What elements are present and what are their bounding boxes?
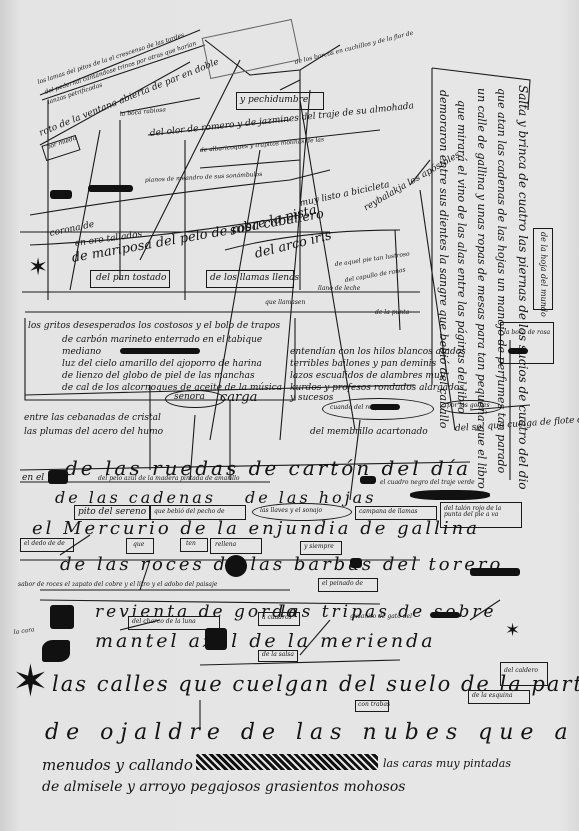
fragment: rellena [215,542,236,548]
ink-blot [410,490,490,500]
fragment: del charco de la luna [132,619,196,625]
fragment: y pechidumbre [240,96,308,105]
fragment: las caras muy pintadas [383,758,511,769]
vertical-line: que mirará el vino de las alas entre las… [455,100,468,414]
fragment: entre las cebanadas de cristal [24,414,161,423]
fragment: las plumas del acero del humo [24,428,163,437]
star-mark: ✶ [28,255,48,279]
fragment: en el [22,474,44,483]
fragment: gusanito de gato del [350,614,412,620]
ink-blot [508,348,528,354]
side-note: la boca de rosa [504,330,550,336]
fragment: a cuadros [262,615,292,621]
ink-blot [350,558,362,568]
star-mark: ✶ [505,622,520,640]
fragment: el Mercurio de la enjundia de gallina [32,520,480,538]
fragment: pito del sereno [78,508,146,517]
fragment: del membrillo acartonado [310,428,428,437]
fragment: las llaves y el sonajo [260,508,322,514]
fragment: de los llamas llenas [210,274,299,283]
fragment: ten [186,541,196,547]
fragment: de la esquina [472,693,512,699]
box-frame [500,662,548,686]
ink-scribble [205,628,227,650]
ink-blot [48,470,68,484]
fragment: de la salsa [262,652,294,658]
star-mark: ✶ [12,660,49,704]
ink-blot [360,476,376,484]
fragment: de carbón marineto enterrado en el tabiq… [62,336,262,345]
fragment: de las cadenas [55,490,216,506]
side-note: de la hoja del mundo [539,232,548,317]
fragment: de almisele y arroyo pegajosos grasiento… [42,780,405,794]
vertical-line: que atan las cadenas de las hojas un man… [495,88,508,473]
fragment: de ojaldre de las nubes que a puesto [45,722,579,744]
fragment: mediano [62,348,101,357]
fragment: de las roces de las barbas del torero [60,556,503,574]
fragment: senora [174,393,205,402]
fragment: el dedo de de [24,541,65,547]
crossed-out-text [196,754,378,770]
fragment: que [133,542,144,548]
ink-blot [88,185,133,192]
fragment: del talón rojo de la punta del pie a va [444,506,518,518]
fragment: luz del cielo amarillo del ajoporro de h… [62,360,262,369]
fragment: el cuadro negro del traje verde [380,480,475,486]
fragment: con trabas [358,702,390,708]
ink-blot [470,568,520,576]
fragment: mantel azul de la merienda [95,632,436,651]
fragment: del pan tostado [96,274,166,283]
manuscript-page: los lamas del pitos de la el crescenso d… [0,0,579,831]
fragment: sabor de roces el zapato del cobre y el … [18,582,217,588]
fragment: carga [220,391,257,404]
fragment: el peinado de [322,581,363,587]
fragment: terribles bailones y pan deminis [290,360,436,369]
fragment: que bebió del pecho de [154,509,225,515]
ink-blot [225,555,247,577]
ink-blot [120,348,200,354]
ink-blot [370,404,400,410]
ink-blot [50,190,72,199]
fragment: de la punta [375,310,409,316]
fragment: del pelo azul de la madera pintada de am… [98,476,240,482]
fragment: y siempre [304,544,334,550]
fragment: de lienzo del globo de piel de las manch… [62,372,255,381]
ink-blot [430,612,460,618]
fragment: del caldero [504,668,538,674]
vertical-line: demoraron entre sus dientes la sangre qu… [437,90,450,428]
fragment: llano de leche [318,286,360,292]
side-note: por los golpes [447,403,490,409]
fragment: los gritos desesperados los costosos y e… [28,322,280,331]
fragment: que llamasen [265,300,305,306]
fragment: lazos escualidos de alambres muy [290,372,445,381]
fragment: y sucesos [290,394,333,403]
fragment: menudos y callando [42,758,193,773]
fragment: campana de llamas [359,509,417,515]
ink-scribble [50,605,74,629]
